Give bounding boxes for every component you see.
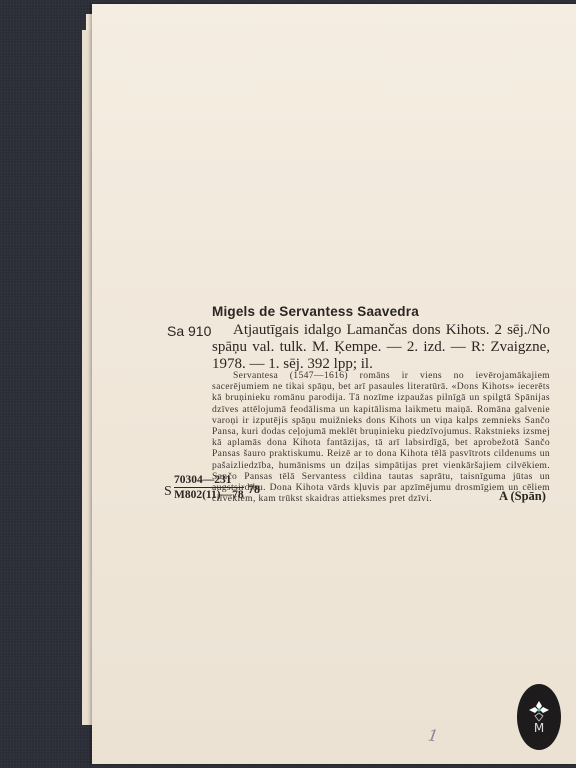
author-name: Migels de Servantess Saavedra bbox=[212, 304, 419, 319]
code-suffix: 78 bbox=[248, 482, 260, 497]
catalog-card-entry: Migels de Servantess Saavedra Sa 910 Atj… bbox=[92, 4, 576, 764]
annotation-text: Servantesa (1547—1616) romāns ir viens n… bbox=[212, 370, 550, 504]
code-denominator: M802(11)—78 bbox=[174, 488, 244, 501]
code-numerator: 70304—231 bbox=[174, 474, 244, 488]
price-code-fraction: 70304—231 M802(11)—78 bbox=[174, 474, 244, 501]
bibliographic-description: Atjautīgais idalgo Lamančas dons Kihots.… bbox=[212, 322, 550, 373]
shelf-mark: Sa 910 bbox=[167, 323, 211, 339]
code-prefix: S bbox=[164, 484, 172, 500]
language-code: A (Spān) bbox=[499, 489, 546, 504]
watermark-letter: M bbox=[534, 722, 544, 734]
watermark-badge: M bbox=[517, 684, 561, 750]
diamond-flower-logo-icon bbox=[526, 700, 552, 722]
book-page: Migels de Servantess Saavedra Sa 910 Atj… bbox=[92, 4, 576, 764]
